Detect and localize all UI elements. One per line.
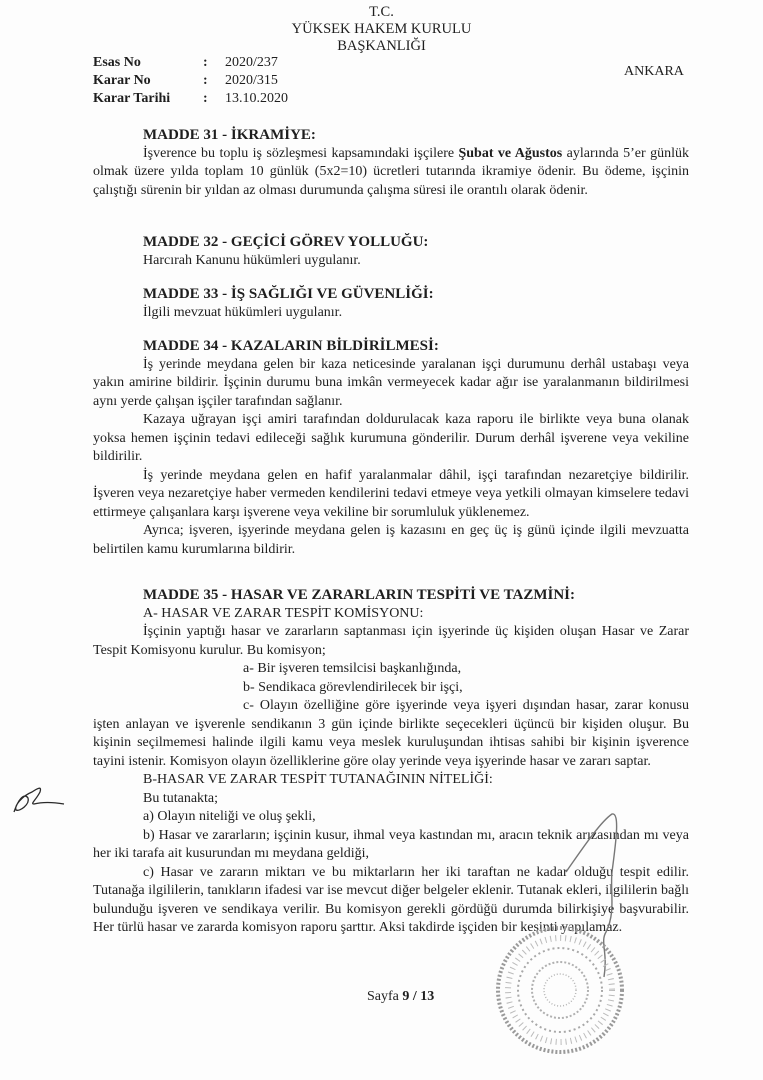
header-presidency: BAŞKANLIĞI xyxy=(0,38,763,55)
list-item: c- Olayın özelliğine göre işyerinde veya… xyxy=(93,697,689,771)
official-stamp-icon xyxy=(490,920,630,1060)
page-prefix: Sayfa xyxy=(367,989,402,1004)
case-meta: Esas No : 2020/237 Karar No : 2020/315 K… xyxy=(93,54,288,108)
page-separator: / xyxy=(409,989,420,1004)
article-title: MADDE 32 - GEÇİCİ GÖREV YOLLUĞU: xyxy=(143,233,689,252)
meta-label: Esas No xyxy=(93,54,203,72)
meta-label: Karar No xyxy=(93,72,203,90)
article-title: MADDE 34 - KAZALARIN BİLDİRİLMESİ: xyxy=(143,337,689,356)
page-number: Sayfa 9 / 13 xyxy=(367,989,434,1005)
list-item: b- Sendikaca görevlendirilecek bir işçi, xyxy=(243,679,689,698)
article-paragraph: Bu tutanakta; xyxy=(143,790,689,809)
article-paragraph: Harcırah Kanunu hükümleri uygulanır. xyxy=(143,252,689,271)
header-institution: YÜKSEK HAKEM KURULU xyxy=(0,21,763,38)
signature-icon xyxy=(8,780,68,820)
meta-label: Karar Tarihi xyxy=(93,90,203,108)
document-page: T.C. YÜKSEK HAKEM KURULU BAŞKANLIĞI Esas… xyxy=(0,0,763,1080)
article-title: MADDE 31 - İKRAMİYE: xyxy=(143,126,689,145)
article-paragraph: Kazaya uğrayan işçi amiri tarafından dol… xyxy=(93,411,689,467)
list-item: a- Bir işveren temsilcisi başkanlığında, xyxy=(243,660,689,679)
meta-value: 13.10.2020 xyxy=(225,90,288,108)
article-32: MADDE 32 - GEÇİCİ GÖREV YOLLUĞU: Harcıra… xyxy=(93,233,689,270)
text-run: İşverence bu toplu iş sözleşmesi kapsamı… xyxy=(143,146,458,161)
article-31: MADDE 31 - İKRAMİYE: İşverence bu toplu … xyxy=(93,126,689,200)
meta-colon: : xyxy=(203,90,225,108)
article-33: MADDE 33 - İŞ SAĞLIĞI VE GÜVENLİĞİ: İlgi… xyxy=(93,285,689,322)
article-title: MADDE 35 - HASAR VE ZARARLARIN TESPİTİ V… xyxy=(143,586,689,605)
meta-karar-tarihi: Karar Tarihi : 13.10.2020 xyxy=(93,90,288,108)
total-pages: 13 xyxy=(420,989,434,1004)
meta-value: 2020/237 xyxy=(225,54,278,72)
article-paragraph: İşçinin yaptığı hasar ve zararların sapt… xyxy=(93,623,689,660)
meta-esas-no: Esas No : 2020/237 xyxy=(93,54,288,72)
article-paragraph: Ayrıca; işveren, işyerinde meydana gelen… xyxy=(93,522,689,559)
meta-value: 2020/315 xyxy=(225,72,278,90)
meta-colon: : xyxy=(203,54,225,72)
article-34: MADDE 34 - KAZALARIN BİLDİRİLMESİ: İş ye… xyxy=(93,337,689,559)
header-tc: T.C. xyxy=(0,4,763,21)
article-paragraph: İş yerinde meydana gelen bir kaza netice… xyxy=(93,356,689,412)
subsection-a-title: A- HASAR VE ZARAR TESPİT KOMİSYONU: xyxy=(143,605,689,624)
subsection-b-title: B-HASAR VE ZARAR TESPİT TUTANAĞININ NİTE… xyxy=(143,771,689,790)
article-paragraph: İşverence bu toplu iş sözleşmesi kapsamı… xyxy=(93,145,689,201)
bold-text-run: Şubat ve Ağustos xyxy=(458,146,562,161)
meta-colon: : xyxy=(203,72,225,90)
article-title: MADDE 33 - İŞ SAĞLIĞI VE GÜVENLİĞİ: xyxy=(143,285,689,304)
city-label: ANKARA xyxy=(624,64,684,80)
article-paragraph: İş yerinde meydana gelen en hafif yarala… xyxy=(93,467,689,523)
meta-karar-no: Karar No : 2020/315 xyxy=(93,72,288,90)
article-paragraph: İlgili mevzuat hükümleri uygulanır. xyxy=(143,304,689,323)
